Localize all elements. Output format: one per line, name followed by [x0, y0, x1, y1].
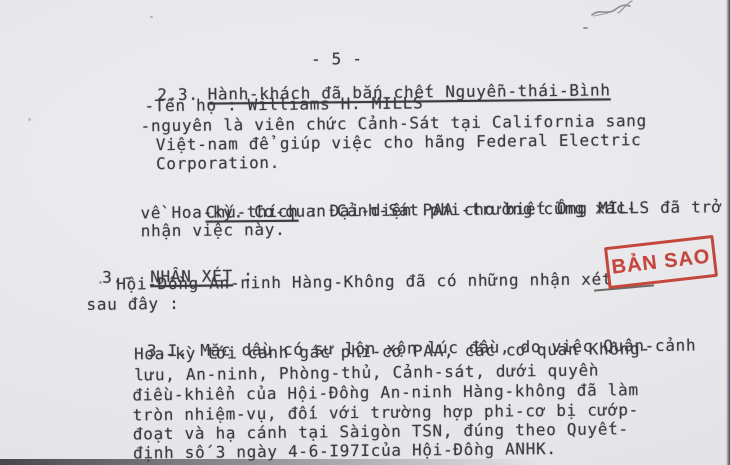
typewritten-text-layer: - 5 - 2.3.Hành-khách đã bắn chết Nguyễn-… — [0, 0, 730, 465]
pencil-scribble-mark — [578, 0, 650, 22]
stamp-label: BẢN SAO — [610, 245, 711, 279]
scan-edge-shadow-right — [726, 0, 730, 465]
note-line: nhận việc này. — [141, 220, 286, 241]
paper-speck — [99, 281, 102, 284]
paper-speck — [28, 118, 31, 121]
paper-speck — [150, 16, 153, 18]
body-line: -Tên họ : Williams H. MILLS — [144, 93, 423, 115]
body-line: Corporation. — [156, 153, 280, 173]
paper-speck — [583, 27, 588, 29]
scan-edge-shadow-bottom — [0, 459, 540, 465]
scanned-document-page: - 5 - 2.3.Hành-khách đã bắn chết Nguyễn-… — [0, 0, 730, 465]
intro-line: sau đây : — [86, 294, 179, 314]
intro-line: Hội-Đồng An-ninh Hàng-Không đã có những … — [116, 269, 612, 293]
body-line: Việt-nam để giúp việc cho hãng Federal E… — [156, 130, 642, 154]
